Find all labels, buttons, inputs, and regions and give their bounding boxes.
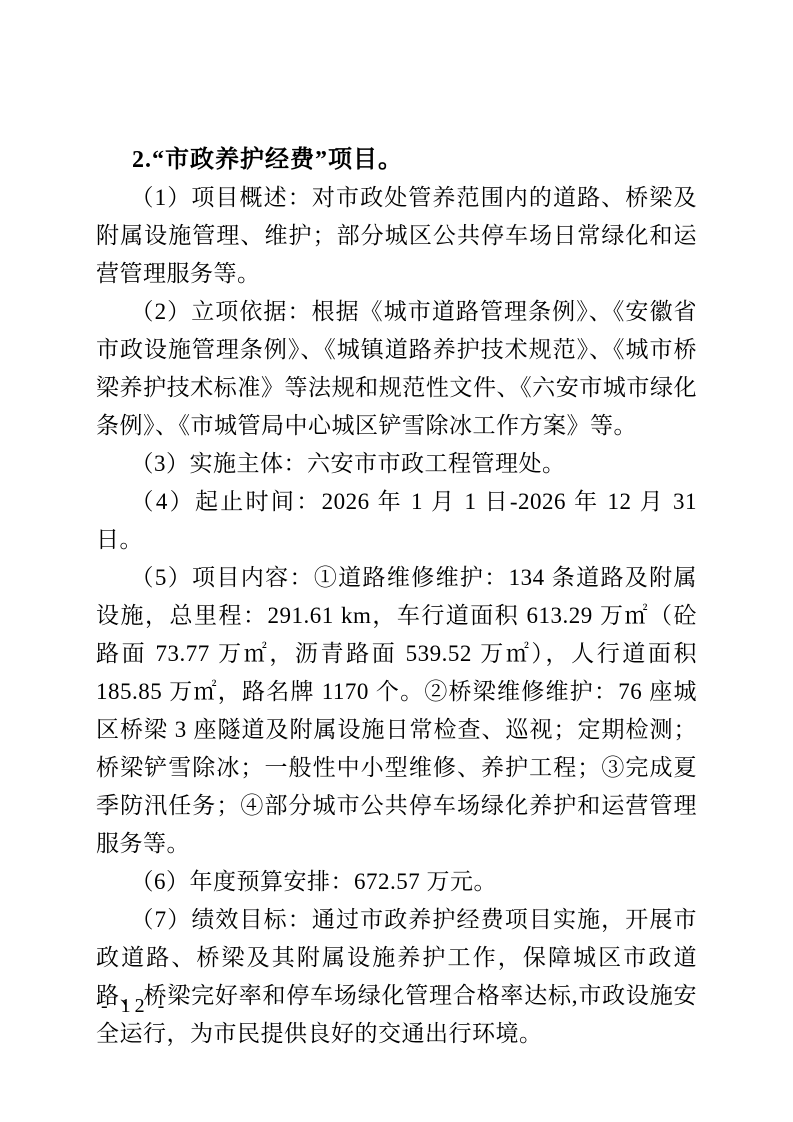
para-annual-budget: （6）年度预算安排：672.57 万元。 — [96, 863, 697, 901]
para-project-overview: （1）项目概述：对市政处管养范围内的道路、桥梁及附属设施管理、维护；部分城区公共… — [96, 179, 697, 293]
para-approval-basis: （2）立项依据：根据《城市道路管理条例》、《安徽省市政设施管理条例》、《城镇道路… — [96, 293, 697, 445]
content-area: 2.“市政养护经费”项目。 （1）项目概述：对市政处管养范围内的道路、桥梁及附属… — [96, 141, 697, 1053]
para-performance-goal: （7）绩效目标：通过市政养护经费项目实施，开展市政道路、桥梁及其附属设施养护工作… — [96, 901, 697, 1053]
para-project-content: （5）项目内容：①道路维修维护：134 条道路及附属设施，总里程：291.61 … — [96, 559, 697, 863]
document-page: 2.“市政养护经费”项目。 （1）项目概述：对市政处管养范围内的道路、桥梁及附属… — [0, 0, 793, 1122]
para-implementing-body: （3）实施主体：六安市市政工程管理处。 — [96, 445, 697, 483]
page-number: - 12 - — [101, 995, 168, 1018]
para-time-period: （4）起止时间：2026 年 1 月 1 日-2026 年 12 月 31 日。 — [96, 483, 697, 559]
section-heading: 2.“市政养护经费”项目。 — [96, 141, 697, 179]
